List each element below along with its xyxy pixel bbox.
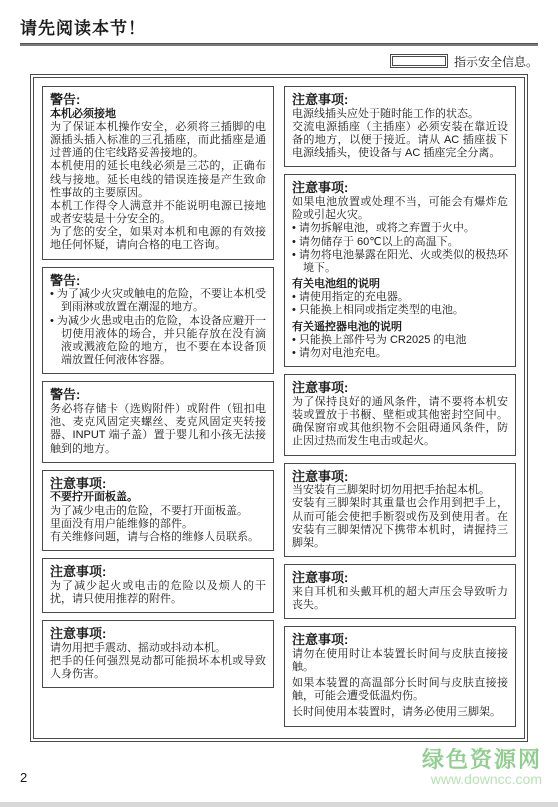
box-heading: 注意事项: bbox=[50, 476, 266, 492]
content-frame: 警告:本机必须接地为了保证本机操作安全，必须将三插脚的电源插头插入标准的三孔插座… bbox=[30, 74, 528, 742]
safety-legend: 指示安全信息。 bbox=[20, 53, 538, 69]
notice-text: 为了减少电击的危险，不要打开面板盖。 bbox=[50, 505, 266, 518]
title-rule bbox=[20, 43, 538, 46]
notice-text: 如果本装置的高温部分长时间与皮肤直接接触，可能会遭受低温灼伤。 bbox=[292, 677, 508, 703]
notice-box: 注意事项:如果电池放置或处理不当，可能会有爆炸危险或引起火灾。请勿拆解电池，或将… bbox=[284, 174, 516, 367]
notice-text: 有关遥控器电池的说明 bbox=[292, 321, 508, 334]
box-heading: 注意事项: bbox=[292, 380, 508, 396]
watermark: 绿色资源网 www.downcc.com bbox=[422, 748, 542, 788]
bullet-item: 只能换上相同或指定类型的电池。 bbox=[292, 304, 508, 317]
bullet-item: 请勿将电池暴露在阳光、火或类似的极热环境下。 bbox=[292, 249, 508, 275]
notice-text: 本机工作得令人满意并不能说明电源已接地或者安装是十分安全的。 bbox=[50, 200, 266, 226]
notice-text: 当安装有三脚架时切勿用把手抬起本机。 bbox=[292, 484, 508, 497]
notice-text: 为了您的安全，如果对本机和电源的有效接地任何怀疑，请向合格的电工咨询。 bbox=[50, 226, 266, 252]
notice-box: 注意事项:当安装有三脚架时切勿用把手抬起本机。安装有三脚架时其重量也会作用到把手… bbox=[284, 463, 516, 558]
notice-text: 安装有三脚架时其重量也会作用到把手上，从而可能会使把手断裂或伤及到使用者。在安装… bbox=[292, 497, 508, 550]
notice-text: 为了减少起火或电击的危险以及烦人的干扰，请只使用推荐的附件。 bbox=[50, 580, 266, 606]
notice-box: 注意事项:为了保持良好的通风条件，请不要将本机安装或置放于书橱、壁柜或其他密封空… bbox=[284, 374, 516, 455]
bullet-item: 为了减少火灾或触电的危险，不要让本机受到雨淋或放置在潮湿的地方。 bbox=[50, 288, 266, 314]
bullet-item: 请使用指定的充电器。 bbox=[292, 291, 508, 304]
notice-text: 为了保持良好的通风条件，请不要将本机安装或置放于书橱、壁柜或其他密封空间中。确保… bbox=[292, 396, 508, 449]
box-heading: 注意事项: bbox=[292, 92, 508, 108]
notice-column-left: 警告:本机必须接地为了保证本机操作安全，必须将三插脚的电源插头插入标准的三孔插座… bbox=[42, 86, 274, 688]
notice-text: 电源线插头应处于随时能工作的状态。 bbox=[292, 108, 508, 121]
notice-text: 务必将存储卡（选购附件）或附件（钮扣电池、麦克风固定夹螺丝、麦克风固定夹转接器、… bbox=[50, 403, 266, 456]
notice-box: 注意事项:电源线插头应处于随时能工作的状态。交流电源插座（主插座）必须安装在靠近… bbox=[284, 86, 516, 167]
notice-text: 本机使用的延长电线必须是三芯的，正确布线与接地。延长电线的错误连接是产生致命性事… bbox=[50, 160, 266, 200]
bullet-item: 为减少火患或电击的危险，本设备应避开一切使用液体的场合，并只能存放在没有滴液或溅… bbox=[50, 315, 266, 368]
box-heading: 注意事项: bbox=[292, 632, 508, 648]
notice-text: 有关维修问题，请与合格的维修人员联系。 bbox=[50, 531, 266, 544]
notice-box: 注意事项:不要拧开面板盖。为了减少电击的危险，不要打开面板盖。里面没有用户能维修… bbox=[42, 470, 274, 551]
page-number: 2 bbox=[20, 770, 27, 785]
page-header: 请先阅读本节！ bbox=[20, 14, 538, 46]
watermark-site-url: www.downcc.com bbox=[422, 772, 542, 787]
box-heading: 注意事项: bbox=[50, 626, 266, 642]
notice-box: 警告:本机必须接地为了保证本机操作安全，必须将三插脚的电源插头插入标准的三孔插座… bbox=[42, 86, 274, 260]
safety-legend-label: 指示安全信息。 bbox=[454, 53, 538, 70]
notice-text: 为了保证本机操作安全，必须将三插脚的电源插头插入标准的三孔插座，而此插座是通过普… bbox=[50, 121, 266, 161]
notice-text: 里面没有用户能维修的部件。 bbox=[50, 518, 266, 531]
box-heading: 注意事项: bbox=[292, 180, 508, 196]
safety-highlight-box-icon bbox=[390, 54, 448, 68]
notice-text: 有关电池组的说明 bbox=[292, 278, 508, 291]
bottom-strip bbox=[0, 802, 558, 807]
box-heading: 警告: bbox=[50, 387, 266, 403]
box-heading: 注意事项: bbox=[292, 469, 508, 485]
notice-text: 来自耳机和头戴耳机的超大声压会导致听力丧失。 bbox=[292, 586, 508, 612]
safety-highlight-box-inner bbox=[392, 56, 446, 66]
notice-text: 交流电源插座（主插座）必须安装在靠近设备的地方，以便于接近。请从 AC 插座拔下… bbox=[292, 121, 508, 161]
notice-box: 警告:为了减少火灾或触电的危险，不要让本机受到雨淋或放置在潮湿的地方。为减少火患… bbox=[42, 267, 274, 375]
notice-text: 长时间使用本装置时，请务必使用三脚架。 bbox=[292, 706, 508, 719]
bullet-item: 只能换上部件号为 CR2025 的电池 bbox=[292, 334, 508, 347]
bullet-item: 请勿拆解电池，或将之弃置于火中。 bbox=[292, 222, 508, 235]
box-heading: 注意事项: bbox=[292, 570, 508, 586]
notice-text: 本机必须接地 bbox=[50, 108, 266, 121]
box-heading: 注意事项: bbox=[50, 564, 266, 580]
notice-text: 如果电池放置或处理不当，可能会有爆炸危险或引起火灾。 bbox=[292, 196, 508, 222]
watermark-site-name: 绿色资源网 bbox=[422, 748, 542, 772]
box-heading: 警告: bbox=[50, 273, 266, 289]
notice-text: 请勿用把手震动、摇动或抖动本机。 bbox=[50, 642, 266, 655]
notice-text: 把手的任何强烈晃动都可能损坏本机或导致人身伤害。 bbox=[50, 655, 266, 681]
bullet-item: 请勿储存于 60℃以上的高温下。 bbox=[292, 236, 508, 249]
notice-box: 注意事项:请勿用把手震动、摇动或抖动本机。把手的任何强烈晃动都可能损坏本机或导致… bbox=[42, 620, 274, 688]
notice-box: 注意事项:为了减少起火或电击的危险以及烦人的干扰，请只使用推荐的附件。 bbox=[42, 558, 274, 613]
notice-box: 注意事项:请勿在使用时让本装置长时间与皮肤直接接触。如果本装置的高温部分长时间与… bbox=[284, 626, 516, 727]
notice-text: 不要拧开面板盖。 bbox=[50, 491, 266, 504]
bullet-item: 请勿对电池充电。 bbox=[292, 347, 508, 360]
box-heading: 警告: bbox=[50, 92, 266, 108]
notice-column-right: 注意事项:电源线插头应处于随时能工作的状态。交流电源插座（主插座）必须安装在靠近… bbox=[284, 86, 516, 727]
notice-text: 请勿在使用时让本装置长时间与皮肤直接接触。 bbox=[292, 648, 508, 674]
page-title: 请先阅读本节！ bbox=[20, 14, 538, 39]
notice-box: 警告:务必将存储卡（选购附件）或附件（钮扣电池、麦克风固定夹螺丝、麦克风固定夹转… bbox=[42, 381, 274, 462]
notice-box: 注意事项:来自耳机和头戴耳机的超大声压会导致听力丧失。 bbox=[284, 564, 516, 619]
